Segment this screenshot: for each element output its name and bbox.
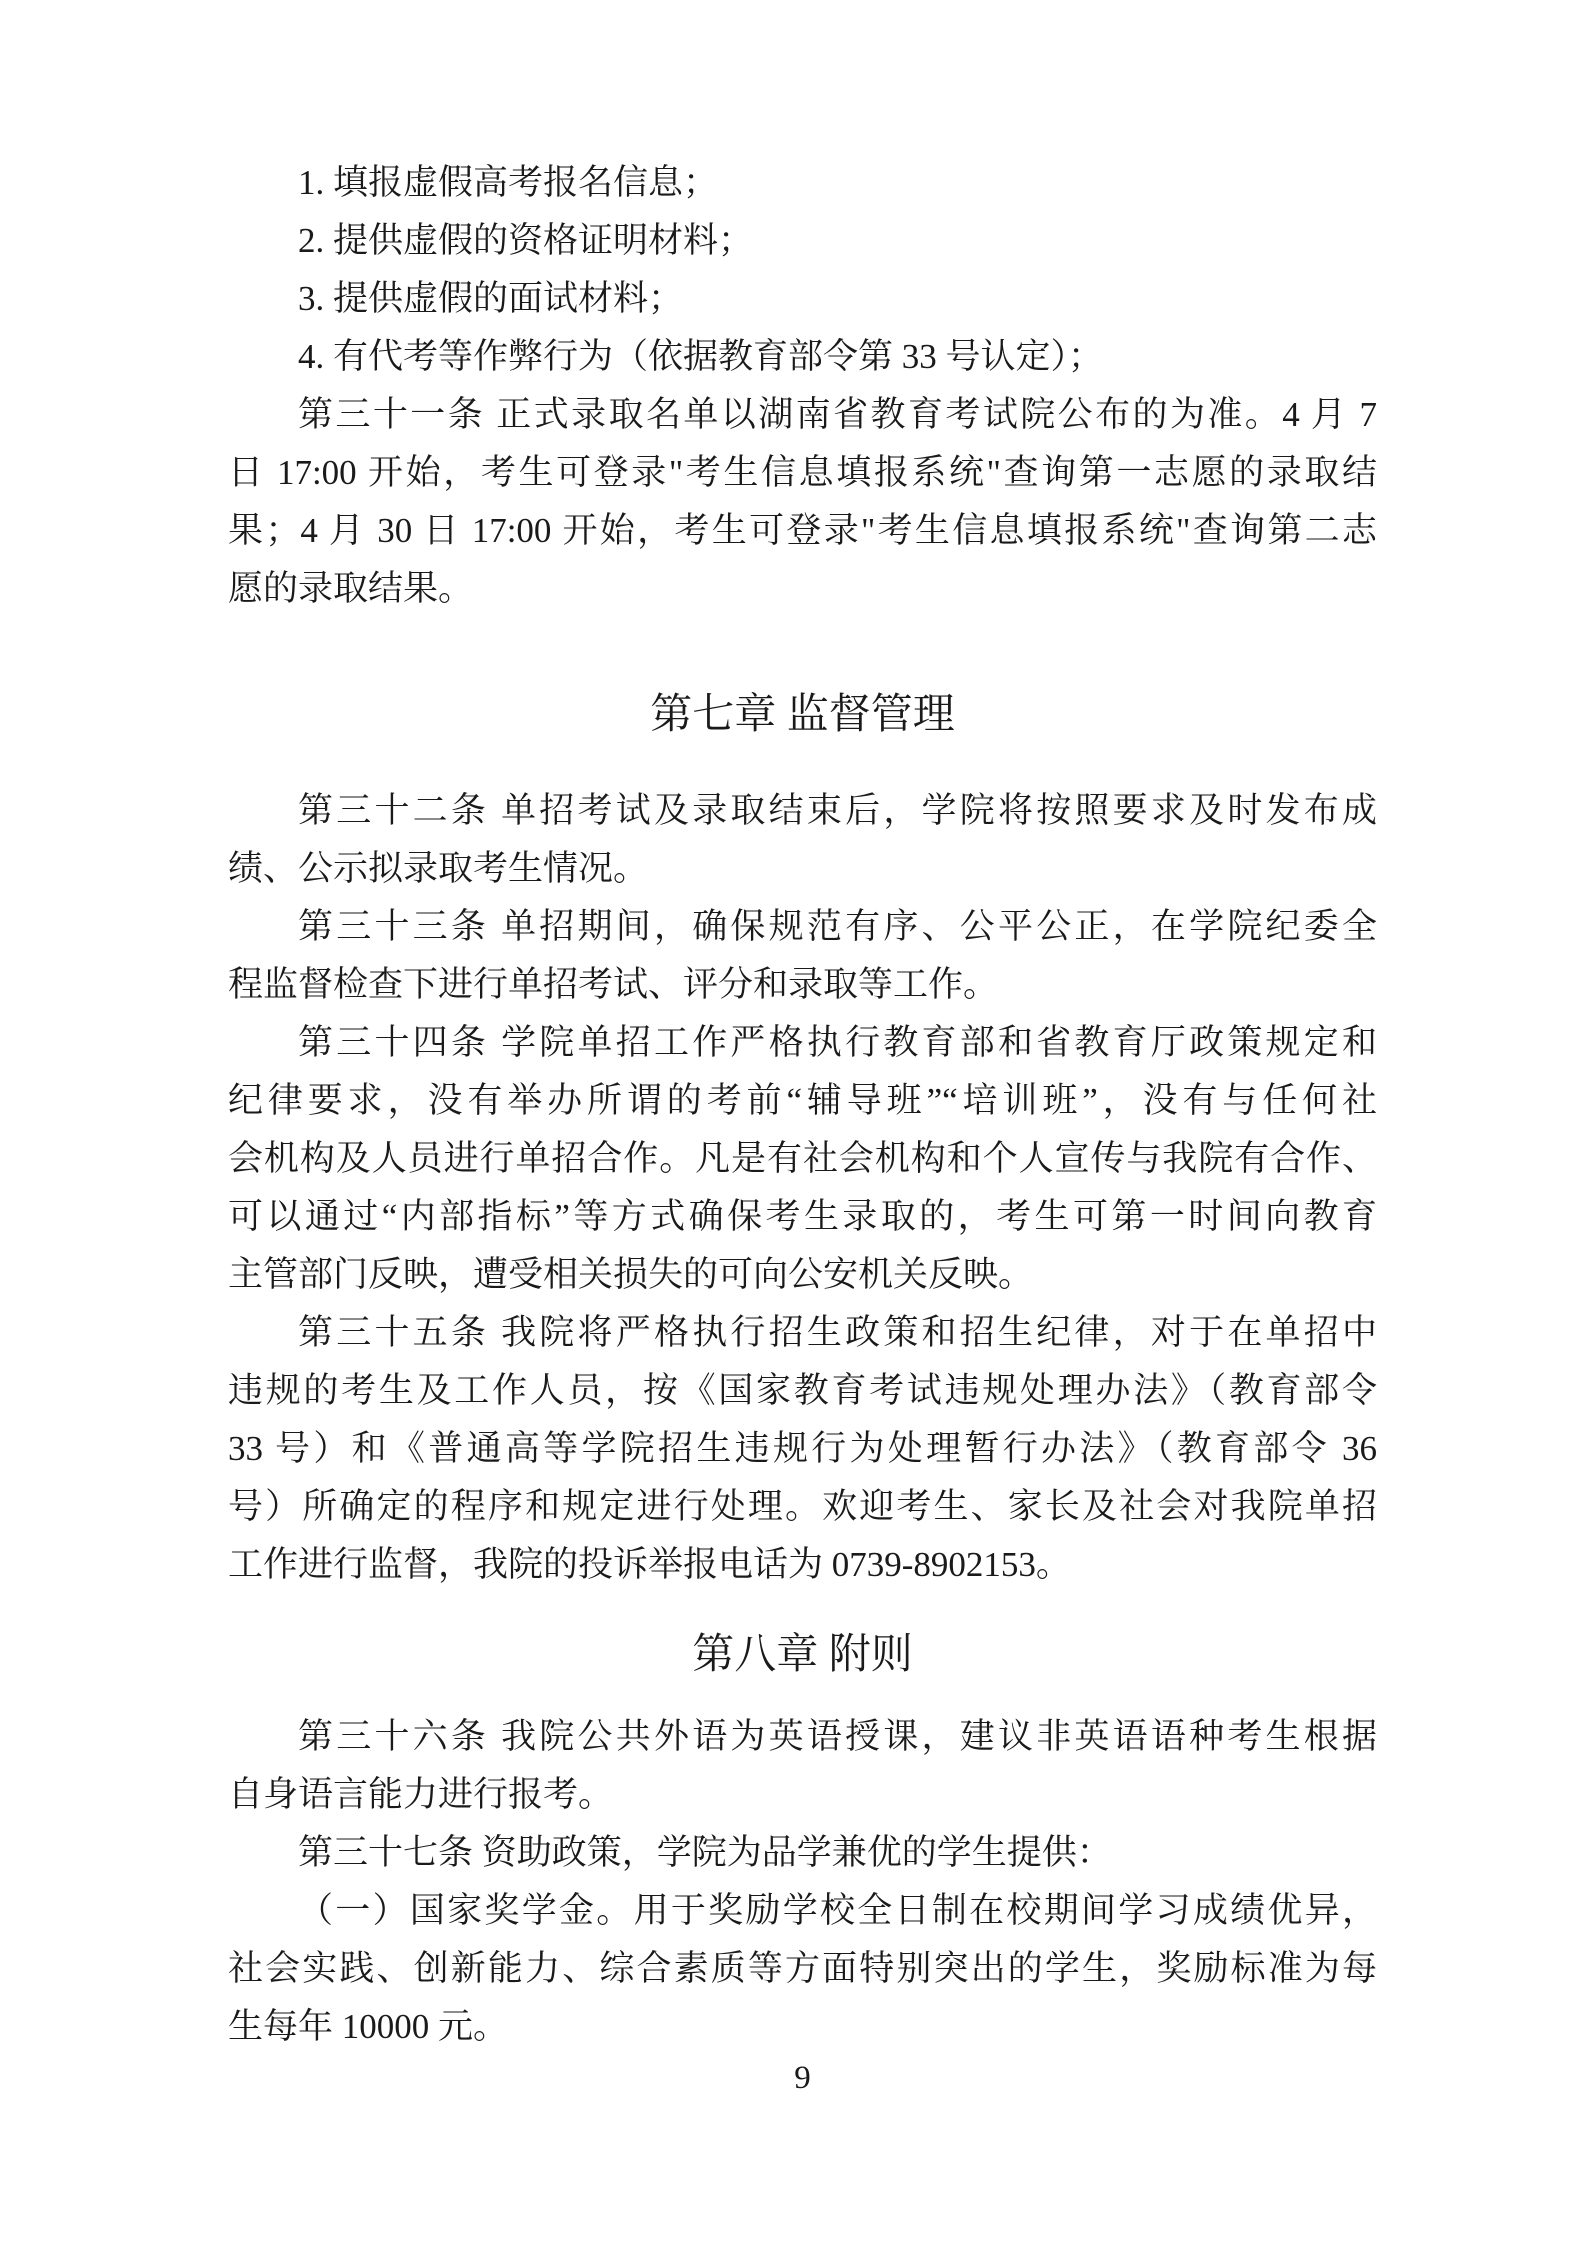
list-item-2: 2. 提供虚假的资格证明材料；: [228, 212, 1377, 270]
para31-line: 第三十一条 正式录取名单以湖南省教育考试院公布的为准。4 月 7: [228, 386, 1377, 444]
para31-line: 日 17:00 开始，考生可登录"考生信息填报系统"查询第一志愿的录取结: [228, 444, 1377, 502]
item-one-line: 生每年 10000 元。: [228, 1998, 1377, 2056]
para37-line: 第三十七条 资助政策，学院为品学兼优的学生提供：: [228, 1824, 1377, 1882]
para35-line: 工作进行监督，我院的投诉举报电话为 0739-8902153。: [228, 1536, 1377, 1594]
chapter-8-heading: 第八章 附则: [228, 1620, 1377, 1690]
para36-line: 自身语言能力进行报考。: [228, 1766, 1377, 1824]
para34-line: 纪律要求，没有举办所谓的考前“辅导班”“培训班”，没有与任何社: [228, 1072, 1377, 1130]
item-one-line: 社会实践、创新能力、综合素质等方面特别突出的学生，奖励标准为每: [228, 1940, 1377, 1998]
para32-line: 绩、公示拟录取考生情况。: [228, 840, 1377, 898]
list-item-4: 4. 有代考等作弊行为（依据教育部令第 33 号认定）；: [228, 328, 1377, 386]
para36-line: 第三十六条 我院公共外语为英语授课，建议非英语语种考生根据: [228, 1708, 1377, 1766]
list-item-1: 1. 填报虚假高考报名信息；: [228, 154, 1377, 212]
document-content: 1. 填报虚假高考报名信息； 2. 提供虚假的资格证明材料； 3. 提供虚假的面…: [228, 154, 1377, 2100]
para35-line: 违规的考生及工作人员，按《国家教育考试违规处理办法》（教育部令: [228, 1362, 1377, 1420]
para32-line: 第三十二条 单招考试及录取结束后，学院将按照要求及时发布成: [228, 782, 1377, 840]
page-number: 9: [228, 2056, 1377, 2100]
document-page: 1. 填报虚假高考报名信息； 2. 提供虚假的资格证明材料； 3. 提供虚假的面…: [0, 0, 1587, 2245]
para35-line: 33 号）和《普通高等学院招生违规行为处理暂行办法》（教育部令 36: [228, 1420, 1377, 1478]
para35-line: 第三十五条 我院将严格执行招生政策和招生纪律，对于在单招中: [228, 1304, 1377, 1362]
list-item-3: 3. 提供虚假的面试材料；: [228, 270, 1377, 328]
para34-line: 第三十四条 学院单招工作严格执行教育部和省教育厅政策规定和: [228, 1014, 1377, 1072]
para34-line: 可以通过“内部指标”等方式确保考生录取的，考生可第一时间向教育: [228, 1188, 1377, 1246]
para33-line: 程监督检查下进行单招考试、评分和录取等工作。: [228, 956, 1377, 1014]
para34-line: 主管部门反映，遭受相关损失的可向公安机关反映。: [228, 1246, 1377, 1304]
para31-line: 果；4 月 30 日 17:00 开始，考生可登录"考生信息填报系统"查询第二志: [228, 502, 1377, 560]
item-one-line: （一）国家奖学金。用于奖励学校全日制在校期间学习成绩优异，: [228, 1882, 1377, 1940]
para31-line: 愿的录取结果。: [228, 560, 1377, 618]
para34-line: 会机构及人员进行单招合作。凡是有社会机构和个人宣传与我院有合作、: [228, 1130, 1377, 1188]
para35-line: 号）所确定的程序和规定进行处理。欢迎考生、家长及社会对我院单招: [228, 1478, 1377, 1536]
para33-line: 第三十三条 单招期间，确保规范有序、公平公正，在学院纪委全: [228, 898, 1377, 956]
chapter-7-heading: 第七章 监督管理: [228, 680, 1377, 750]
